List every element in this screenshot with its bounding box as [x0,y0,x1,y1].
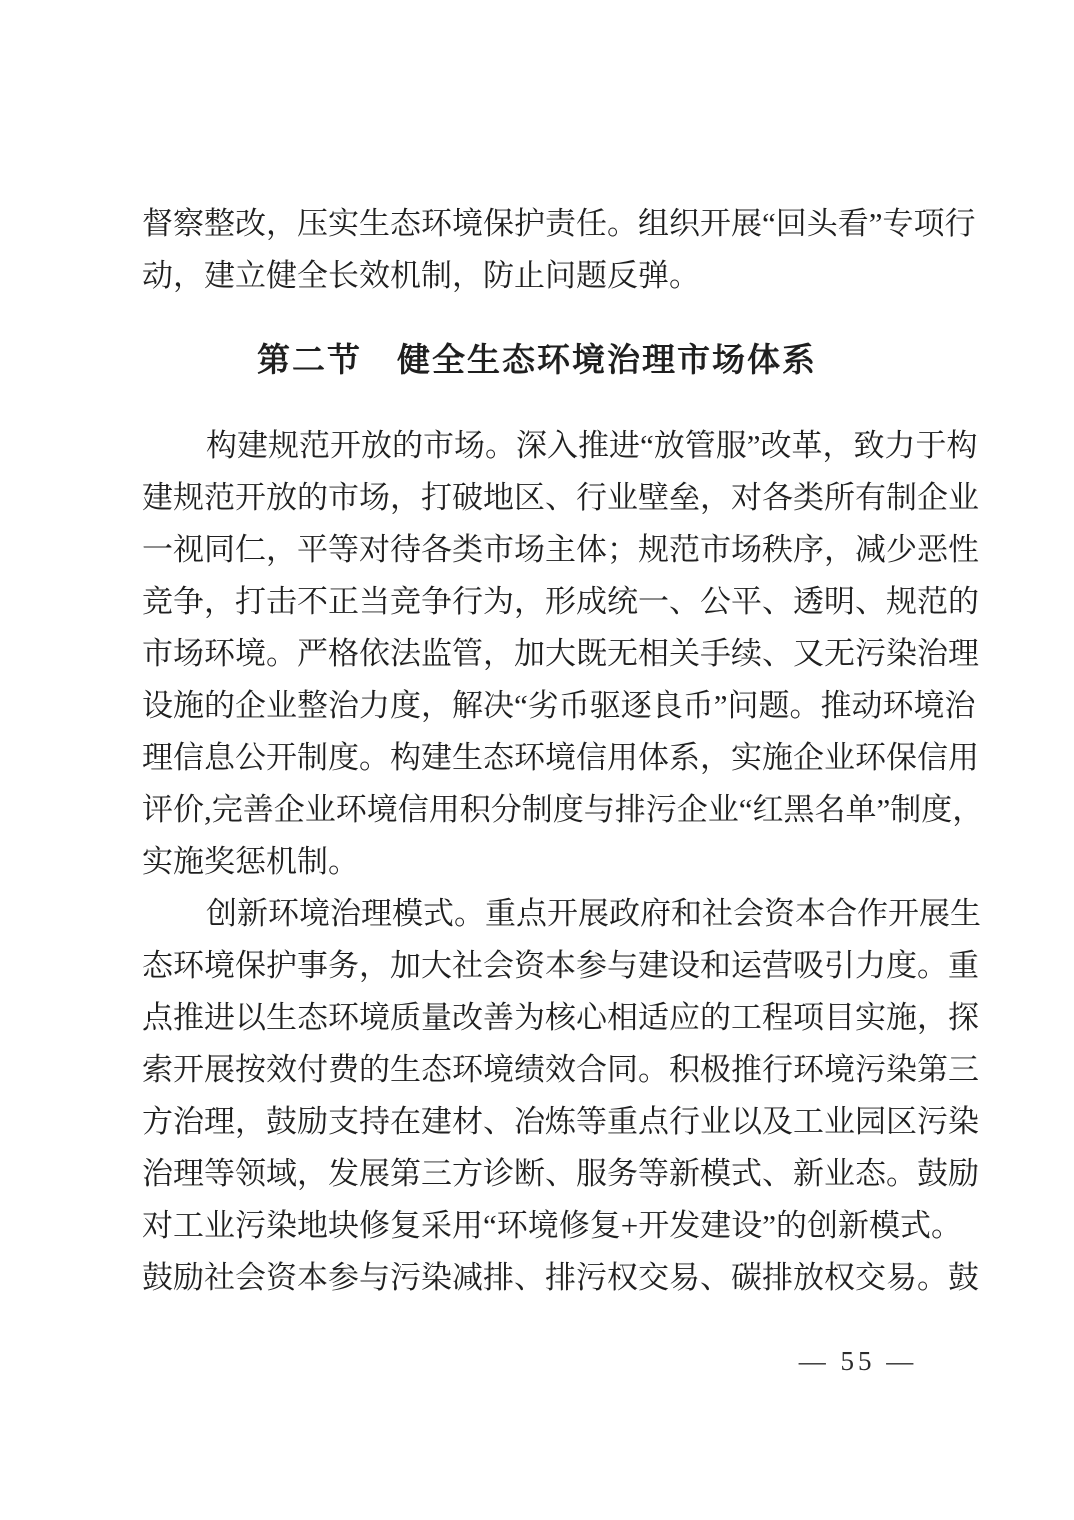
text-line: 实施奖惩机制。 [142,836,932,888]
text-line: 对工业污染地块修复采用“环境修复+开发建设”的创新模式。 [142,1200,932,1252]
text-line: 评价,完善企业环境信用积分制度与排污企业“红黑名单”制度， [142,784,932,836]
section-heading: 第二节 健全生态环境治理市场体系 [142,335,932,387]
text-line: 市场环境。严格依法监管，加大既无相关手续、又无污染治理 [142,628,932,680]
text-line: 一视同仁，平等对待各类市场主体；规范市场秩序，减少恶性 [142,524,932,576]
text-line: 治理等领域，发展第三方诊断、服务等新模式、新业态。鼓励 [142,1148,932,1200]
text-column: 督察整改，压实生态环境保护责任。组织开展“回头看”专项行 动，建立健全长效机制，… [142,198,932,1304]
text-line: 理信息公开制度。构建生态环境信用体系，实施企业环保信用 [142,732,932,784]
text-line: 索开展按效付费的生态环境绩效合同。积极推行环境污染第三 [142,1044,932,1096]
text-line: 建规范开放的市场，打破地区、行业壁垒，对各类所有制企业 [142,472,932,524]
text-line: 动，建立健全长效机制，防止问题反弹。 [142,250,932,302]
text-line: 竞争，打击不正当竞争行为，形成统一、公平、透明、规范的 [142,576,932,628]
text-line: 督察整改，压实生态环境保护责任。组织开展“回头看”专项行 [142,198,932,250]
text-line: 创新环境治理模式。重点开展政府和社会资本合作开展生 [142,888,932,940]
text-line: 点推进以生态环境质量改善为核心相适应的工程项目实施，探 [142,992,932,1044]
text-line: 设施的企业整治力度，解决“劣币驱逐良币”问题。推动环境治 [142,680,932,732]
text-line: 鼓励社会资本参与污染减排、排污权交易、碳排放权交易。鼓 [142,1252,932,1304]
text-line: 构建规范开放的市场。深入推进“放管服”改革，致力于构 [142,420,932,472]
document-page: 督察整改，压实生态环境保护责任。组织开展“回头看”专项行 动，建立健全长效机制，… [0,0,1074,1520]
text-line: 态环境保护事务，加大社会资本参与建设和运营吸引力度。重 [142,940,932,992]
text-line: 方治理，鼓励支持在建材、冶炼等重点行业以及工业园区污染 [142,1096,932,1148]
page-number: — 55 — [758,1346,958,1377]
